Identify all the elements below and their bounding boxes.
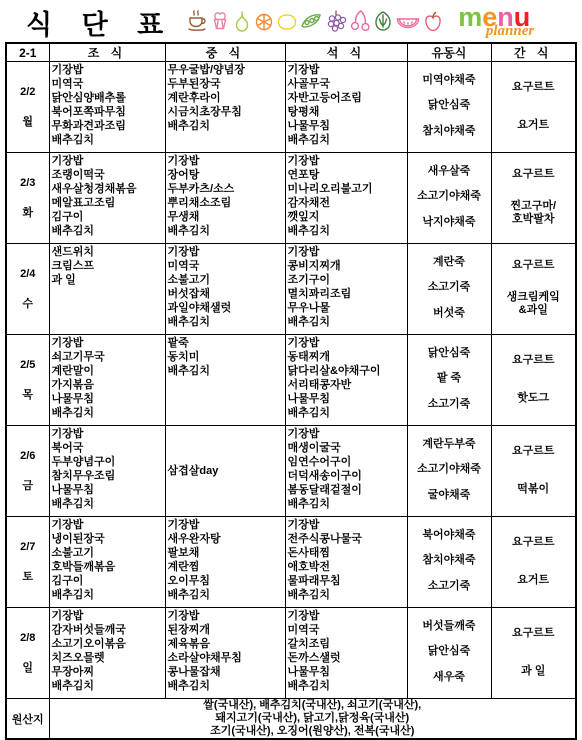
menu-item: 가지볶음	[52, 378, 163, 392]
menu-item: 자반고등어조림	[288, 91, 405, 105]
menu-item: 기장밥	[168, 518, 283, 532]
menu-item: 미나리오리불고기	[288, 182, 405, 196]
menu-item: 과일야채샐럿	[168, 301, 283, 315]
dinner-list: 기장밥미역국갈치조림돈까스샐럿나물무침배추김치	[286, 608, 407, 698]
menu-item: 배추김치	[52, 679, 163, 693]
menu-item: 요구르트	[512, 81, 555, 94]
menu-item: 기장밥	[52, 336, 163, 350]
breakfast-list: 기장밥조랭이떡국새우살청경채볶음메알표고조림김구이배추김치	[50, 153, 165, 243]
menu-item: 기장밥	[168, 154, 283, 168]
dinner-cell: 기장밥콩비지찌개조기구이멸치꽈리조림무우나물배추김치	[285, 244, 407, 335]
origin-label: 원산지	[6, 699, 49, 740]
breakfast-list: 기장밥미역국닭안심양배추롤북어포쪽파무침무화과견과조림배추김치	[50, 62, 165, 152]
table-row: 2/8 일 기장밥감자버섯들깨국소고기오이볶음치즈오믈렛무장아찌배추김치 기장밥…	[6, 608, 576, 699]
menu-item: 소불고기	[52, 546, 163, 560]
snack-cell: 요구르트과 일	[491, 608, 576, 699]
cupcake-icon	[209, 9, 231, 35]
dinner-cell: 기장밥사골무국자반고등어조림탕평채나물무침배추김치	[285, 62, 407, 153]
column-header-liquid: 유동식	[407, 43, 491, 62]
dinner-cell: 기장밥매생이굴국임연수어구이더덕새송이구이봄동달래겉절이배추김치	[285, 426, 407, 517]
day-label: 일	[22, 659, 33, 675]
menu-item: 깻잎지	[288, 210, 405, 224]
liquid-list: 계란죽소고기죽버섯죽	[408, 244, 491, 332]
page-header: 식 단 표 menu planner	[0, 0, 582, 42]
menu-item: 돈사태찜	[288, 546, 405, 560]
menu-item: 떡볶이	[517, 483, 549, 496]
snack-cell: 요구르트요거트	[491, 517, 576, 608]
menu-item: 요구르트	[512, 168, 555, 181]
date-label: 2/4	[20, 268, 35, 280]
lunch-list: 삼겹살day	[166, 426, 285, 516]
menu-item: 닭안심죽	[428, 99, 471, 112]
origin-line: 쌀(국내산), 배추김치(국내산), 쇠고기(국내산),	[50, 699, 576, 712]
breakfast-cell: 기장밥미역국닭안심양배추롤북어포쪽파무침무화과견과조림배추김치	[49, 62, 165, 153]
menu-item: 새우죽	[433, 671, 465, 684]
menu-item: 버섯들깨죽	[422, 620, 475, 633]
menu-item: 갈치조림	[288, 637, 405, 651]
snack-list: 요구르트요거트	[492, 517, 576, 605]
menu-item: 미역국	[168, 259, 283, 273]
artichoke-icon	[372, 9, 394, 35]
breakfast-cell: 기장밥북어국두부양념구이참치무우조림나물무침배추김치	[49, 426, 165, 517]
menu-item: 소고기죽	[428, 398, 471, 411]
menu-item: 북어야채죽	[422, 529, 475, 542]
menu-item: 두부된장국	[168, 77, 283, 91]
menu-item: 조기구이	[288, 273, 405, 287]
breakfast-list: 기장밥냉이된장국소불고기호박들깨볶음김구이배추김치	[50, 517, 165, 607]
menu-item: 요구르트	[512, 627, 555, 640]
date-cell: 2/5 목	[6, 335, 49, 426]
dinner-cell: 기장밥연포탕미나리오리불고기감자채전깻잎지배추김치	[285, 153, 407, 244]
breakfast-list: 기장밥북어국두부양념구이참치무우조림나물무침배추김치	[50, 426, 165, 516]
dinner-list: 기장밥매생이굴국임연수어구이더덕새송이구이봄동달래겉절이배추김치	[286, 426, 407, 516]
menu-item: 기장밥	[288, 63, 405, 77]
date-cell: 2/8 일	[6, 608, 49, 699]
pea-pod-icon	[299, 9, 323, 35]
menu-item: 배추김치	[168, 364, 283, 378]
menu-item: 무화과견과조림	[52, 119, 163, 133]
menu-item: 배추김치	[288, 588, 405, 602]
cherries-icon	[349, 9, 371, 35]
table-row: 2/6 금 기장밥북어국두부양념구이참치무우조림나물무침배추김치 삼겹살day …	[6, 426, 576, 517]
dinner-cell: 기장밥미역국갈치조림돈까스샐럿나물무침배추김치	[285, 608, 407, 699]
menu-table-body: 2/2 월 기장밥미역국닭안심양배추롤북어포쪽파무침무화과견과조림배추김치 무우…	[6, 62, 576, 699]
date-cell: 2/3 화	[6, 153, 49, 244]
menu-item: 버섯잡채	[168, 287, 283, 301]
column-header-breakfast: 조 식	[49, 43, 165, 62]
liquid-list: 닭안심죽팥 죽소고기죽	[408, 335, 491, 423]
menu-item: 기장밥	[52, 154, 163, 168]
lunch-list: 기장밥된장찌개제육볶음소라살야채무침콩나물잡채배추김치	[166, 608, 285, 698]
menu-item: 배추김치	[288, 133, 405, 147]
menu-item: 봄동달래겉절이	[288, 483, 405, 497]
menu-item: 돈까스샐럿	[288, 651, 405, 665]
date-cell: 2/4 수	[6, 244, 49, 335]
menu-item: 애호박전	[288, 560, 405, 574]
column-header-snack: 간 식	[491, 43, 576, 62]
breakfast-cell: 기장밥조랭이떡국새우살청경채볶음메알표고조림김구이배추김치	[49, 153, 165, 244]
menu-item: 북어포쪽파무침	[52, 105, 163, 119]
snack-cell: 요구르트핫도그	[491, 335, 576, 426]
liquid-list: 새우살죽소고기야채죽낙지야채죽	[408, 153, 491, 241]
lunch-list: 기장밥새우완자탕팔보채계란찜오이무침배추김치	[166, 517, 285, 607]
date-label: 2/2	[20, 86, 35, 98]
liquid-cell: 미역야채죽닭안심죽참치야채죽	[407, 62, 491, 153]
grapes-icon	[324, 9, 348, 35]
menu-item: 닭안심양배추롤	[52, 91, 163, 105]
menu-item: 감자버섯들깨국	[52, 623, 163, 637]
orange-icon	[253, 9, 275, 35]
menu-item: 닭안심죽	[428, 347, 471, 360]
menu-item: 샌드위치	[52, 245, 163, 259]
menu-item: 배추김치	[52, 588, 163, 602]
lunch-cell: 삼겹살day	[165, 426, 285, 517]
menu-item: 과 일	[521, 665, 545, 678]
menu-item: 사골무국	[288, 77, 405, 91]
day-label: 금	[22, 477, 33, 493]
breakfast-cell: 샌드위치크림스프과 일	[49, 244, 165, 335]
menu-item: 소고기야채죽	[417, 463, 481, 476]
menu-item: 팥죽	[168, 336, 283, 350]
date-label: 2/5	[20, 359, 35, 371]
watermelon-icon	[395, 9, 421, 35]
snack-list: 요구르트핫도그	[492, 335, 576, 423]
menu-item: 새우완자탕	[168, 532, 283, 546]
day-label: 수	[22, 295, 33, 311]
menu-item: 시금치초장무침	[168, 105, 283, 119]
menu-item: 치즈오믈렛	[52, 651, 163, 665]
date-cell: 2/2 월	[6, 62, 49, 153]
dinner-list: 기장밥연포탕미나리오리불고기감자채전깻잎지배추김치	[286, 153, 407, 243]
dinner-list: 기장밥전주식콩나물국돈사태찜애호박전물파래무침배추김치	[286, 517, 407, 607]
menu-item: 배추김치	[52, 224, 163, 238]
menu-item: 배추김치	[52, 497, 163, 511]
menu-item: 매생이굴국	[288, 441, 405, 455]
date-label: 2/7	[20, 541, 35, 553]
dinner-list: 기장밥콩비지찌개조기구이멸치꽈리조림무우나물배추김치	[286, 244, 407, 334]
snack-list: 요구르트요거트	[492, 62, 576, 150]
menu-item: 소고기오이볶음	[52, 637, 163, 651]
menu-item: 미역국	[288, 623, 405, 637]
menu-item: 오이무침	[168, 574, 283, 588]
origin-content: 쌀(국내산), 배추김치(국내산), 쇠고기(국내산), 돼지고기(국내산), …	[49, 699, 576, 740]
menu-item: 요구르트	[512, 259, 555, 272]
menu-item: 소라살야채무침	[168, 651, 283, 665]
breakfast-list: 샌드위치크림스프과 일	[50, 244, 165, 334]
lunch-list: 무우굴밥/양념장두부된장국계란후라이시금치초장무침배추김치	[166, 62, 285, 152]
menu-item: 요거트	[517, 574, 549, 587]
menu-item: 소고기죽	[428, 281, 471, 294]
menu-item: 두부양념구이	[52, 455, 163, 469]
menu-item: 기장밥	[288, 245, 405, 259]
menu-item: 미역야채죽	[422, 74, 475, 87]
menu-item: 찐고구마/ 호박팔차	[510, 200, 556, 226]
liquid-cell: 새우살죽소고기야채죽낙지야채죽	[407, 153, 491, 244]
menu-item: 핫도그	[517, 392, 549, 405]
menu-item: 소고기죽	[428, 580, 471, 593]
logo-letter: m	[458, 2, 482, 32]
menu-item: 무생채	[168, 210, 283, 224]
liquid-cell: 버섯들깨죽닭안심죽새우죽	[407, 608, 491, 699]
menu-item: 나물무침	[52, 392, 163, 406]
menu-item: 요구르트	[512, 445, 555, 458]
menu-item: 기장밥	[168, 609, 283, 623]
menu-item: 동태찌개	[288, 350, 405, 364]
menu-item: 제육볶음	[168, 637, 283, 651]
day-label: 월	[22, 113, 33, 129]
menu-item: 더덕새송이구이	[288, 469, 405, 483]
date-label: 2/3	[20, 177, 35, 189]
date-label: 2/6	[20, 450, 35, 462]
menu-item: 기장밥	[288, 427, 405, 441]
lunch-list: 기장밥장어탕두부카츠/소스뿌리채소조림무생채배추김치	[166, 153, 285, 243]
menu-item: 기장밥	[52, 427, 163, 441]
food-icon-strip	[186, 9, 444, 35]
menu-item: 무우나물	[288, 301, 405, 315]
day-label: 토	[22, 568, 33, 584]
menu-item: 전주식콩나물국	[288, 532, 405, 546]
menu-item: 배추김치	[288, 224, 405, 238]
liquid-cell: 닭안심죽팥 죽소고기죽	[407, 335, 491, 426]
menu-item: 김구이	[52, 210, 163, 224]
menu-item: 낙지야채죽	[422, 216, 475, 229]
menu-item: 김구이	[52, 574, 163, 588]
day-label: 화	[22, 204, 33, 220]
menu-item: 서리태콩자반	[288, 378, 405, 392]
table-row: 2/2 월 기장밥미역국닭안심양배추롤북어포쪽파무침무화과견과조림배추김치 무우…	[6, 62, 576, 153]
liquid-list: 북어야채죽참치야채죽소고기죽	[408, 517, 491, 605]
menu-item: 배추김치	[168, 119, 283, 133]
lunch-list: 팥죽동치미배추김치	[166, 335, 285, 425]
origin-lines: 쌀(국내산), 배추김치(국내산), 쇠고기(국내산), 돼지고기(국내산), …	[50, 699, 576, 738]
menu-item: 장어탕	[168, 168, 283, 182]
menu-item: 팔보채	[168, 546, 283, 560]
menu-item: 기장밥	[288, 609, 405, 623]
dinner-list: 기장밥사골무국자반고등어조림탕평채나물무침배추김치	[286, 62, 407, 152]
breakfast-cell: 기장밥쇠고기무국계란말이가지볶음나물무침배추김치	[49, 335, 165, 426]
menu-item: 배추김치	[52, 406, 163, 420]
menu-item: 팥 죽	[437, 372, 461, 385]
menu-item: 임연수어구이	[288, 455, 405, 469]
menu-item: 연포탕	[288, 168, 405, 182]
menu-planner-logo: menu planner	[448, 7, 540, 37]
lunch-cell: 기장밥된장찌개제육볶음소라살야채무침콩나물잡채배추김치	[165, 608, 285, 699]
menu-item: 조랭이떡국	[52, 168, 163, 182]
menu-item: 무우굴밥/양념장	[168, 63, 283, 77]
menu-item: 과 일	[52, 273, 163, 287]
snack-list: 요구르트과 일	[492, 608, 576, 696]
menu-item: 배추김치	[52, 133, 163, 147]
breakfast-list: 기장밥쇠고기무국계란말이가지볶음나물무침배추김치	[50, 335, 165, 425]
menu-item: 두부카츠/소스	[168, 182, 283, 196]
lemon-icon	[276, 9, 298, 35]
pear-icon	[232, 9, 252, 35]
lunch-cell: 기장밥장어탕두부카츠/소스뿌리채소조림무생채배추김치	[165, 153, 285, 244]
table-header-row: 2-1 조 식 중 식 석 식 유동식 간 식	[6, 43, 576, 62]
column-header-lunch: 중 식	[165, 43, 285, 62]
apple-icon	[422, 9, 444, 35]
snack-list: 요구르트생크림케잌 &과일	[492, 244, 576, 332]
menu-item: 배추김치	[168, 588, 283, 602]
menu-item: 요구르트	[512, 536, 555, 549]
menu-item: 기장밥	[288, 154, 405, 168]
menu-item: 참치야채죽	[422, 125, 475, 138]
menu-item: 배추김치	[168, 224, 283, 238]
menu-item: 나물무침	[288, 665, 405, 679]
dinner-cell: 기장밥전주식콩나물국돈사태찜애호박전물파래무침배추김치	[285, 517, 407, 608]
menu-item: 기장밥	[168, 245, 283, 259]
menu-item: 크림스프	[52, 259, 163, 273]
menu-item: 배추김치	[288, 679, 405, 693]
origin-line: 조기(국내산), 오징어(원양산), 전복(국내산)	[50, 725, 576, 738]
table-row: 2/7 토 기장밥냉이된장국소불고기호박들깨볶음김구이배추김치 기장밥새우완자탕…	[6, 517, 576, 608]
menu-item: 소불고기	[168, 273, 283, 287]
lunch-list: 기장밥미역국소불고기버섯잡채과일야채샐럿배추김치	[166, 244, 285, 334]
menu-item: 새우살청경채볶음	[52, 182, 163, 196]
origin-line: 돼지고기(국내산), 닭고기,닭정육(국내산)	[50, 712, 576, 725]
column-header-week: 2-1	[6, 43, 49, 62]
menu-item: 배추김치	[288, 497, 405, 511]
menu-item: 계란두부죽	[422, 438, 475, 451]
menu-item: 기장밥	[52, 63, 163, 77]
menu-item: 소고기야채죽	[417, 190, 481, 203]
snack-cell: 요구르트요거트	[491, 62, 576, 153]
snack-list: 요구르트떡볶이	[492, 426, 576, 514]
date-cell: 2/7 토	[6, 517, 49, 608]
coffee-cup-icon	[186, 9, 208, 35]
liquid-cell: 계란두부죽소고기야채죽굴야채죽	[407, 426, 491, 517]
menu-item: 메알표고조림	[52, 196, 163, 210]
menu-item: 참치야채죽	[422, 554, 475, 567]
menu-item: 기장밥	[288, 336, 405, 350]
menu-item: 탕평채	[288, 105, 405, 119]
page-title: 식 단 표	[26, 3, 174, 42]
lunch-cell: 팥죽동치미배추김치	[165, 335, 285, 426]
date-cell: 2/6 금	[6, 426, 49, 517]
menu-item: 멸치꽈리조림	[288, 287, 405, 301]
menu-item: 삼겹살day	[168, 464, 283, 478]
liquid-list: 미역야채죽닭안심죽참치야채죽	[408, 62, 491, 150]
lunch-cell: 기장밥새우완자탕팔보채계란찜오이무침배추김치	[165, 517, 285, 608]
menu-item: 감자채전	[288, 196, 405, 210]
menu-item: 콩비지찌개	[288, 259, 405, 273]
menu-item: 나물무침	[288, 392, 405, 406]
menu-item: 미역국	[52, 77, 163, 91]
menu-item: 참치무우조림	[52, 469, 163, 483]
breakfast-list: 기장밥감자버섯들깨국소고기오이볶음치즈오믈렛무장아찌배추김치	[50, 608, 165, 698]
column-header-dinner: 석 식	[285, 43, 407, 62]
menu-item: 계란찜	[168, 560, 283, 574]
liquid-cell: 북어야채죽참치야채죽소고기죽	[407, 517, 491, 608]
liquid-list: 버섯들깨죽닭안심죽새우죽	[408, 608, 491, 696]
menu-item: 물파래무침	[288, 574, 405, 588]
menu-item: 기장밥	[288, 518, 405, 532]
menu-item: 배추김치	[288, 315, 405, 329]
breakfast-cell: 기장밥감자버섯들깨국소고기오이볶음치즈오믈렛무장아찌배추김치	[49, 608, 165, 699]
menu-item: 콩나물잡채	[168, 665, 283, 679]
snack-cell: 요구르트찐고구마/ 호박팔차	[491, 153, 576, 244]
menu-item: 배추김치	[168, 315, 283, 329]
menu-item: 냉이된장국	[52, 532, 163, 546]
menu-item: 된장찌개	[168, 623, 283, 637]
menu-item: 북어국	[52, 441, 163, 455]
snack-cell: 요구르트떡볶이	[491, 426, 576, 517]
dinner-list: 기장밥동태찌개닭다리살&야채구이서리태콩자반나물무침배추김치	[286, 335, 407, 425]
table-row: 2/3 화 기장밥조랭이떡국새우살청경채볶음메알표고조림김구이배추김치 기장밥장…	[6, 153, 576, 244]
menu-item: 생크림케잌 &과일	[507, 291, 560, 317]
day-label: 목	[22, 386, 33, 402]
menu-item: 닭다리살&야채구이	[288, 364, 405, 378]
menu-item: 나물무침	[288, 119, 405, 133]
menu-item: 기장밥	[52, 609, 163, 623]
snack-cell: 요구르트생크림케잌 &과일	[491, 244, 576, 335]
liquid-cell: 계란죽소고기죽버섯죽	[407, 244, 491, 335]
liquid-list: 계란두부죽소고기야채죽굴야채죽	[408, 426, 491, 514]
breakfast-cell: 기장밥냉이된장국소불고기호박들깨볶음김구이배추김치	[49, 517, 165, 608]
menu-table: 2-1 조 식 중 식 석 식 유동식 간 식 2/2 월 기장밥미역국닭안심양…	[5, 42, 577, 740]
menu-item: 뿌리채소조림	[168, 196, 283, 210]
menu-item: 계란말이	[52, 364, 163, 378]
origin-row: 원산지 쌀(국내산), 배추김치(국내산), 쇠고기(국내산), 돼지고기(국내…	[6, 699, 576, 740]
menu-item: 동치미	[168, 350, 283, 364]
menu-item: 요구르트	[512, 354, 555, 367]
menu-item: 굴야채죽	[428, 489, 471, 502]
dinner-cell: 기장밥동태찌개닭다리살&야채구이서리태콩자반나물무침배추김치	[285, 335, 407, 426]
menu-item: 버섯죽	[433, 307, 465, 320]
menu-item: 배추김치	[288, 406, 405, 420]
menu-item: 요거트	[517, 119, 549, 132]
menu-item: 기장밥	[52, 518, 163, 532]
table-row: 2/4 수 샌드위치크림스프과 일 기장밥미역국소불고기버섯잡채과일야채샐럿배추…	[6, 244, 576, 335]
menu-item: 쇠고기무국	[52, 350, 163, 364]
snack-list: 요구르트찐고구마/ 호박팔차	[492, 153, 576, 241]
menu-item: 나물무침	[52, 483, 163, 497]
menu-item: 배추김치	[168, 679, 283, 693]
menu-item: 무장아찌	[52, 665, 163, 679]
date-label: 2/8	[20, 632, 35, 644]
menu-item: 계란후라이	[168, 91, 283, 105]
menu-item: 새우살죽	[428, 165, 471, 178]
menu-item: 호박들깨볶음	[52, 560, 163, 574]
menu-item: 계란죽	[433, 256, 465, 269]
menu-item: 닭안심죽	[428, 645, 471, 658]
table-row: 2/5 목 기장밥쇠고기무국계란말이가지볶음나물무침배추김치 팥죽동치미배추김치…	[6, 335, 576, 426]
lunch-cell: 기장밥미역국소불고기버섯잡채과일야채샐럿배추김치	[165, 244, 285, 335]
lunch-cell: 무우굴밥/양념장두부된장국계란후라이시금치초장무침배추김치	[165, 62, 285, 153]
